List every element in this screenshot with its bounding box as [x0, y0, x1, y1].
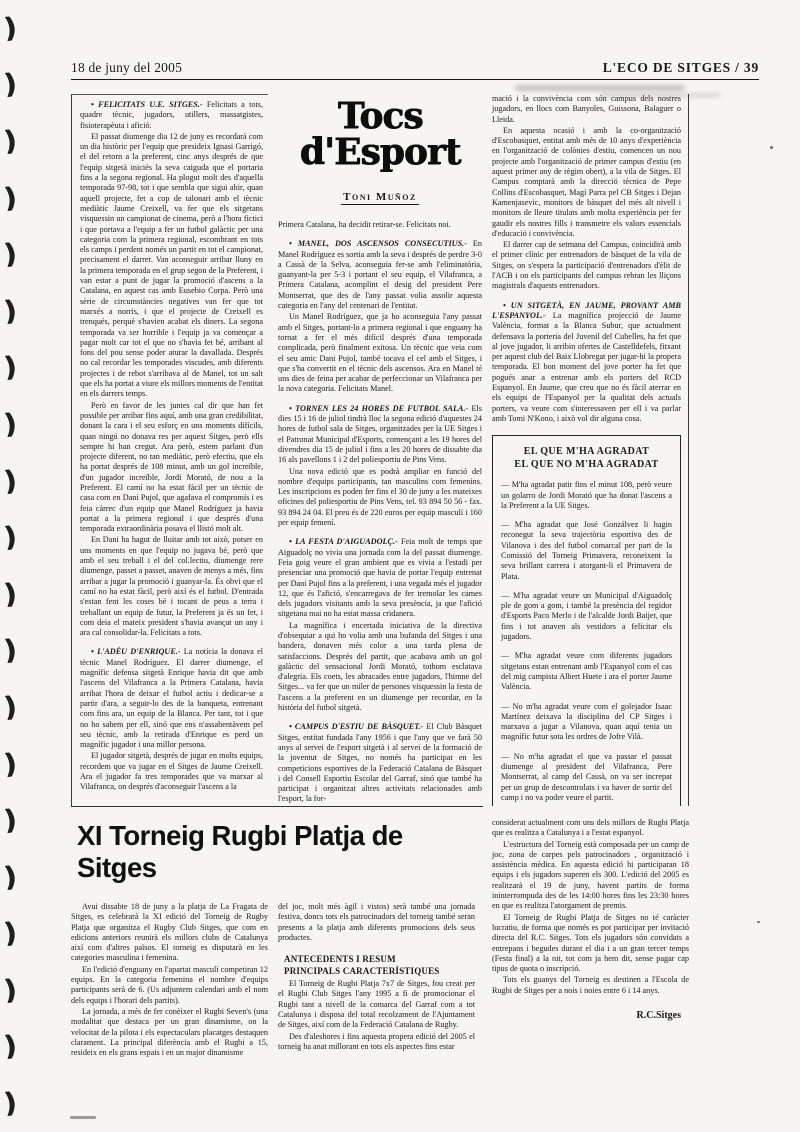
agradat-item: — M'ha agradat veure com diferents jugad…: [501, 651, 672, 692]
page-header: 18 de juny del 2005 L'ECO DE SITGES / 39: [71, 60, 759, 80]
tocs-desport-section: • FELICITATS U.E. SITGES.- Felicitats a …: [71, 94, 689, 806]
rugby-subhead-line2: PRINCIPALS CARACTERÍSTIQUES: [284, 965, 475, 977]
spiral-ring-icon: ): [3, 693, 18, 721]
paragraph: En Dani ha hagut de lluitar amb tot això…: [80, 535, 263, 638]
article-lead: • CAMPUS D'ESTIU DE BÀSQUET.-: [289, 722, 426, 731]
article-lead: • L'ADÉU D'ENRIQUE.-: [91, 647, 184, 656]
paragraph: Una nova edició que es podrà ampliar en …: [278, 467, 482, 529]
rugby-column-b: del joc, molt més àgil i vistos) serà ta…: [278, 902, 475, 1059]
agradat-item: — M'ha agradat que José Gonzálvez li hag…: [501, 520, 672, 582]
paragraph: El Torneig de Rugbi Platja 7x7 de Sitges…: [278, 979, 475, 1030]
paragraph: El jugador sitgetà, després de jugar en …: [80, 751, 263, 792]
paragraph: En aquesta ocasió i amb la co-organitzac…: [492, 126, 681, 239]
paragraph: Des d'aleshores i fins aquesta propera e…: [278, 1032, 475, 1053]
paragraph-continuation: considerat actualment com uns dels millo…: [492, 818, 689, 839]
paragraph: El Torneig de Rugbi Platja de Sitges no …: [492, 913, 689, 975]
spiral-ring-icon: ): [3, 127, 18, 155]
spiral-ring-icon: ): [3, 1033, 18, 1061]
rugby-title: XI Torneig Rugbi Platja de Sitges: [71, 820, 475, 884]
paragraph: El darrer cap de setmana del Campus, coi…: [492, 240, 681, 291]
spiral-ring-icon: ): [3, 1090, 18, 1118]
article-lead: • TORNEN LES 24 HORES DE FUTBOL SALA.-: [289, 404, 472, 413]
paragraph: • MANEL, DOS ASCENSOS CONSECUTIUS.- En M…: [278, 239, 482, 311]
spiral-ring-icon: ): [3, 524, 18, 552]
paragraph-continuation: Primera Catalana, ha decidit retirar-se.…: [278, 220, 482, 230]
paragraph: • TORNEN LES 24 HORES DE FUTBOL SALA.- E…: [278, 404, 482, 466]
spiral-ring-icon: ): [3, 410, 18, 438]
agradat-item: — No m'ha agradat el que va passar el pa…: [501, 752, 672, 803]
issue-date: 18 de juny del 2005: [71, 60, 182, 76]
spiral-ring-icon: ): [3, 580, 18, 608]
article-signature: R.C.Sitges: [492, 1010, 689, 1021]
scan-artifact: [757, 921, 760, 923]
agradat-item: — No m'ha agradat veure com el golejador…: [501, 702, 672, 743]
paragraph: Un Manel Rodríguez, que ja ho aconseguia…: [278, 312, 482, 394]
spiral-ring-icon: ): [3, 241, 18, 269]
article-lead: • MANEL, DOS ASCENSOS CONSECUTIUS.-: [289, 239, 473, 248]
paragraph-continuation: del joc, molt més àgil i vistos) serà ta…: [278, 902, 475, 943]
spiral-ring-icon: ): [3, 750, 18, 778]
rugby-subhead: ANTECEDENTS I RESUM PRINCIPALS CARACTERÍ…: [284, 953, 475, 977]
paragraph: Tots els guanys del Torneig es destinen …: [492, 975, 689, 996]
spiral-ring-icon: ): [3, 184, 18, 212]
spiral-ring-icon: ): [3, 14, 18, 42]
rugby-left-block: XI Torneig Rugbi Platja de Sitges Avui d…: [71, 818, 475, 1059]
paragraph: La jornada, a més de fer conèixer el Rug…: [71, 1007, 268, 1058]
section-title: Tocs d'Esport: [278, 98, 482, 170]
agradat-item: — M'ha agradat veure un Municipal d'Aigu…: [501, 591, 672, 642]
column-campus: mació i la convivència com són campus de…: [492, 94, 689, 806]
spiral-ring-icon: ): [3, 976, 18, 1004]
article-lead: • LA FESTA D'AIGUADOLÇ.-: [289, 537, 401, 546]
article-lead: • FELICITATS U.E. SITGES.-: [91, 100, 207, 109]
scan-artifact: [515, 85, 685, 91]
spiral-binding: )))))))))))))))))))): [0, 0, 36, 1132]
paragraph-continuation: mació i la convivència com són campus de…: [492, 94, 681, 125]
column-tocs: Tocs d'Esport Toni Muñoz Primera Catalan…: [278, 94, 482, 806]
rugby-columns: Avui dissabte 18 de juny a la platja de …: [71, 902, 475, 1059]
spiral-ring-icon: ): [3, 807, 18, 835]
scan-artifact: [70, 1116, 96, 1119]
paragraph: La magnífica i encertada iniciativa de l…: [278, 621, 482, 714]
agradat-title-line1: EL QUE M'HA AGRADAT: [501, 445, 672, 458]
scan-artifact: [770, 146, 773, 149]
section-divider: [71, 806, 483, 807]
spiral-ring-icon: ): [3, 297, 18, 325]
column-felicitats: • FELICITATS U.E. SITGES.- Felicitats a …: [71, 94, 268, 806]
spiral-ring-icon: ): [3, 467, 18, 495]
newspaper-page: { "header": { "date": "18 de juny del 20…: [0, 0, 800, 1132]
rugby-subhead-line1: ANTECEDENTS I RESUM: [284, 953, 475, 965]
spiral-ring-icon: ): [3, 637, 18, 665]
agradat-title-line2: EL QUE NO M'HA AGRADAT: [501, 458, 672, 471]
paragraph: • LA FESTA D'AIGUADOLÇ.- Feia molt de te…: [278, 537, 482, 619]
agradat-item: — M'ha agradat patir fins el minut 108, …: [501, 480, 672, 511]
spiral-ring-icon: ): [3, 920, 18, 948]
spiral-ring-icon: ): [3, 71, 18, 99]
paragraph: • FELICITATS U.E. SITGES.- Felicitats a …: [80, 100, 263, 131]
paragraph: • CAMPUS D'ESTIU DE BÀSQUET.- El Club Bà…: [278, 722, 482, 804]
paragraph: El passat diumenge dia 12 de juny es rec…: [80, 132, 263, 400]
paragraph: Avui dissabte 18 de juny a la platja de …: [71, 902, 268, 964]
paragraph: • L'ADÉU D'ENRIQUE.- La notícia la donav…: [80, 647, 263, 750]
paragraph: Però en favor de les juntes cal dir que …: [80, 401, 263, 535]
paragraph: • UN SITGETÀ, EN JAUME, PROVANT AMB L'ES…: [492, 301, 681, 425]
byline: Toni Muñoz: [341, 191, 419, 205]
publication-masthead: L'ECO DE SITGES / 39: [603, 60, 759, 76]
spiral-ring-icon: ): [3, 863, 18, 891]
agradat-box: EL QUE M'HA AGRADAT EL QUE NO M'HA AGRAD…: [492, 435, 681, 806]
paragraph: L'estructura del Torneig està composada …: [492, 840, 689, 912]
rugby-column-c: considerat actualment com uns dels millo…: [492, 818, 689, 1059]
paragraph: En l'edició d'enguany en l'apartat mascu…: [71, 965, 268, 1006]
rugby-section: XI Torneig Rugbi Platja de Sitges Avui d…: [71, 818, 689, 1059]
spiral-ring-icon: ): [3, 354, 18, 382]
byline-wrap: Toni Muñoz: [278, 187, 482, 205]
rugby-column-a: Avui dissabte 18 de juny a la platja de …: [71, 902, 268, 1059]
